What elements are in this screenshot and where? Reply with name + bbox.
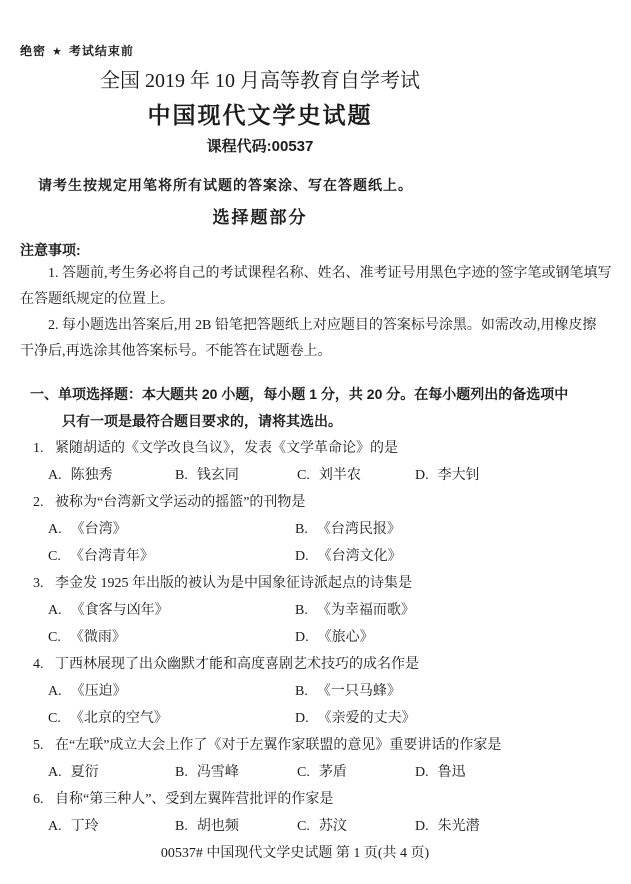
- question-number: 6.: [33, 786, 55, 813]
- option-text: 陈独秀: [71, 468, 113, 483]
- option-label: C.: [48, 630, 61, 645]
- option-label: C.: [48, 549, 61, 564]
- option-label: C.: [297, 819, 310, 834]
- option-text: 钱玄同: [197, 468, 239, 483]
- option-d: D.李大钊: [415, 462, 480, 489]
- option-label: A.: [48, 603, 62, 618]
- option-text: 李大钊: [438, 468, 480, 483]
- option-label: D.: [295, 630, 309, 645]
- option-c: C.《北京的空气》: [48, 705, 295, 732]
- option-text: 《一只马蜂》: [317, 684, 401, 699]
- option-text: 刘半农: [319, 468, 361, 483]
- option-text: 冯雪峰: [197, 765, 239, 780]
- option-b: B.《为幸福而歌》: [295, 597, 415, 624]
- option-text: 《食客与凶年》: [71, 603, 169, 618]
- option-text: 朱光潜: [438, 819, 480, 834]
- option-text: 夏衍: [71, 765, 99, 780]
- option-label: C.: [297, 468, 310, 483]
- question-4-options-row-1: A.《压迫》 B.《一只马蜂》: [0, 678, 631, 705]
- star-icon: ★: [52, 46, 63, 58]
- option-label: B.: [175, 819, 188, 834]
- question-6-stem: 6.自称“第三种人”、受到左翼阵营批评的作家是: [0, 786, 631, 813]
- question-number: 5.: [33, 732, 55, 759]
- option-b: B.胡也频: [175, 813, 297, 840]
- option-label: A.: [48, 765, 62, 780]
- note-1-line-1: 1. 答题前,考生务必将自己的考试课程名称、姓名、准考证号用黑色字迹的签字笔或钢…: [20, 261, 631, 287]
- question-2-options-row-1: A.《台湾》 B.《台湾民报》: [0, 516, 631, 543]
- option-label: D.: [415, 765, 429, 780]
- option-d: D.《台湾文化》: [295, 543, 402, 570]
- question-stem-text: 李金发 1925 年出版的被认为是中国象征诗派起点的诗集是: [55, 576, 412, 591]
- option-a: A.《压迫》: [48, 678, 295, 705]
- option-d: D.《旅心》: [295, 624, 374, 651]
- option-label: A.: [48, 819, 62, 834]
- question-2-stem: 2.被称为“台湾新文学运动的摇篮”的刊物是: [0, 489, 631, 516]
- option-text: 《压迫》: [71, 684, 127, 699]
- notes-block: 1. 答题前,考生务必将自己的考试课程名称、姓名、准考证号用黑色字迹的签字笔或钢…: [0, 261, 631, 365]
- question-stem-text: 被称为“台湾新文学运动的摇篮”的刊物是: [55, 495, 305, 510]
- option-text: 丁玲: [71, 819, 99, 834]
- question-3-stem: 3.李金发 1925 年出版的被认为是中国象征诗派起点的诗集是: [0, 570, 631, 597]
- option-text: 《北京的空气》: [70, 711, 168, 726]
- option-c: C.苏汶: [297, 813, 415, 840]
- option-text: 《台湾》: [71, 522, 127, 537]
- option-text: 《旅心》: [318, 630, 374, 645]
- option-label: D.: [415, 468, 429, 483]
- option-text: 《台湾青年》: [70, 549, 154, 564]
- question-number: 2.: [33, 489, 55, 516]
- question-4-stem: 4.丁西林展现了出众幽默才能和高度喜剧艺术技巧的成名作是: [0, 651, 631, 678]
- answer-instruction: 请考生按规定用笔将所有试题的答案涂、写在答题纸上。: [38, 177, 631, 193]
- question-1-stem: 1.紧随胡适的《文学改良刍议》，发表《文学革命论》的是: [0, 435, 631, 462]
- option-text: 鲁迅: [438, 765, 466, 780]
- exam-paper-page: 绝密★考试结束前 全国 2019 年 10 月高等教育自学考试 中国现代文学史试…: [0, 0, 631, 884]
- option-text: 《为幸福而歌》: [317, 603, 415, 618]
- exam-session-title: 全国 2019 年 10 月高等教育自学考试: [0, 69, 520, 93]
- question-number: 3.: [33, 570, 55, 597]
- option-d: D.朱光潜: [415, 813, 480, 840]
- section-one-heading: 一、单项选择题：本大题共 20 小题，每小题 1 分，共 20 分。在每小题列出…: [30, 381, 631, 435]
- option-a: A.夏衍: [48, 759, 175, 786]
- question-number: 1.: [33, 435, 55, 462]
- note-2-line-1: 2. 每小题选出答案后,用 2B 铅笔把答题纸上对应题目的答案标号涂黑。如需改动…: [20, 313, 631, 339]
- option-label: A.: [48, 468, 62, 483]
- page-footer: 00537# 中国现代文学史试题 第 1 页(共 4 页): [0, 840, 590, 867]
- option-text: 《台湾文化》: [318, 549, 402, 564]
- option-b: B.冯雪峰: [175, 759, 297, 786]
- exam-title: 中国现代文学史试题: [0, 100, 520, 131]
- question-3-options-row-2: C.《微雨》 D.《旅心》: [0, 624, 631, 651]
- option-d: D.《亲爱的丈夫》: [295, 705, 416, 732]
- question-number: 4.: [33, 651, 55, 678]
- option-label: B.: [175, 468, 188, 483]
- option-b: B.钱玄同: [175, 462, 297, 489]
- part-heading: 选择题部分: [0, 208, 520, 228]
- option-label: B.: [295, 684, 308, 699]
- question-2: 2.被称为“台湾新文学运动的摇篮”的刊物是 A.《台湾》 B.《台湾民报》 C.…: [0, 489, 631, 570]
- option-label: B.: [295, 522, 308, 537]
- option-label: C.: [297, 765, 310, 780]
- security-classification: 绝密: [20, 44, 46, 58]
- section-heading-line-1: 一、单项选择题：本大题共 20 小题，每小题 1 分，共 20 分。在每小题列出…: [30, 381, 631, 408]
- option-label: D.: [295, 711, 309, 726]
- option-label: A.: [48, 684, 62, 699]
- option-text: 胡也频: [197, 819, 239, 834]
- option-a: A.陈独秀: [48, 462, 175, 489]
- option-a: A.丁玲: [48, 813, 175, 840]
- option-c: C.刘半农: [297, 462, 415, 489]
- note-1-line-2: 在答题纸规定的位置上。: [20, 287, 631, 313]
- question-2-options-row-2: C.《台湾青年》 D.《台湾文化》: [0, 543, 631, 570]
- question-6: 6.自称“第三种人”、受到左翼阵营批评的作家是 A.丁玲 B.胡也频 C.苏汶 …: [0, 786, 631, 840]
- question-6-options: A.丁玲 B.胡也频 C.苏汶 D.朱光潜: [0, 813, 631, 840]
- question-1: 1.紧随胡适的《文学改良刍议》，发表《文学革命论》的是 A.陈独秀 B.钱玄同 …: [0, 435, 631, 489]
- question-5-stem: 5.在“左联”成立大会上作了《对于左翼作家联盟的意见》重要讲话的作家是: [0, 732, 631, 759]
- option-text: 《台湾民报》: [317, 522, 401, 537]
- question-stem-text: 紧随胡适的《文学改良刍议》，发表《文学革命论》的是: [55, 441, 398, 456]
- option-label: D.: [295, 549, 309, 564]
- option-c: C.《台湾青年》: [48, 543, 295, 570]
- option-text: 《微雨》: [70, 630, 126, 645]
- option-text: 苏汶: [319, 819, 347, 834]
- question-5: 5.在“左联”成立大会上作了《对于左翼作家联盟的意见》重要讲话的作家是 A.夏衍…: [0, 732, 631, 786]
- question-4-options-row-2: C.《北京的空气》 D.《亲爱的丈夫》: [0, 705, 631, 732]
- option-text: 《亲爱的丈夫》: [318, 711, 416, 726]
- course-code: 课程代码:00537: [0, 138, 520, 156]
- option-c: C.《微雨》: [48, 624, 295, 651]
- option-text: 茅盾: [319, 765, 347, 780]
- option-a: A.《台湾》: [48, 516, 295, 543]
- option-b: B.《台湾民报》: [295, 516, 401, 543]
- option-c: C.茅盾: [297, 759, 415, 786]
- question-stem-text: 自称“第三种人”、受到左翼阵营批评的作家是: [55, 792, 333, 807]
- option-a: A.《食客与凶年》: [48, 597, 295, 624]
- section-heading-line-2: 只有一项是最符合题目要求的，请将其选出。: [30, 408, 631, 435]
- option-b: B.《一只马蜂》: [295, 678, 401, 705]
- question-5-options: A.夏衍 B.冯雪峰 C.茅盾 D.鲁迅: [0, 759, 631, 786]
- question-3-options-row-1: A.《食客与凶年》 B.《为幸福而歌》: [0, 597, 631, 624]
- security-banner: 绝密★考试结束前: [20, 44, 631, 59]
- option-label: B.: [175, 765, 188, 780]
- option-label: A.: [48, 522, 62, 537]
- note-2-line-2: 干净后,再选涂其他答案标号。不能答在试题卷上。: [20, 339, 631, 365]
- option-label: B.: [295, 603, 308, 618]
- option-d: D.鲁迅: [415, 759, 466, 786]
- question-stem-text: 丁西林展现了出众幽默才能和高度喜剧艺术技巧的成名作是: [55, 657, 419, 672]
- question-stem-text: 在“左联”成立大会上作了《对于左翼作家联盟的意见》重要讲话的作家是: [55, 738, 501, 753]
- question-4: 4.丁西林展现了出众幽默才能和高度喜剧艺术技巧的成名作是 A.《压迫》 B.《一…: [0, 651, 631, 732]
- question-1-options: A.陈独秀 B.钱玄同 C.刘半农 D.李大钊: [0, 462, 631, 489]
- option-label: D.: [415, 819, 429, 834]
- option-label: C.: [48, 711, 61, 726]
- notes-heading: 注意事项:: [20, 243, 631, 258]
- question-3: 3.李金发 1925 年出版的被认为是中国象征诗派起点的诗集是 A.《食客与凶年…: [0, 570, 631, 651]
- security-note: 考试结束前: [69, 44, 134, 58]
